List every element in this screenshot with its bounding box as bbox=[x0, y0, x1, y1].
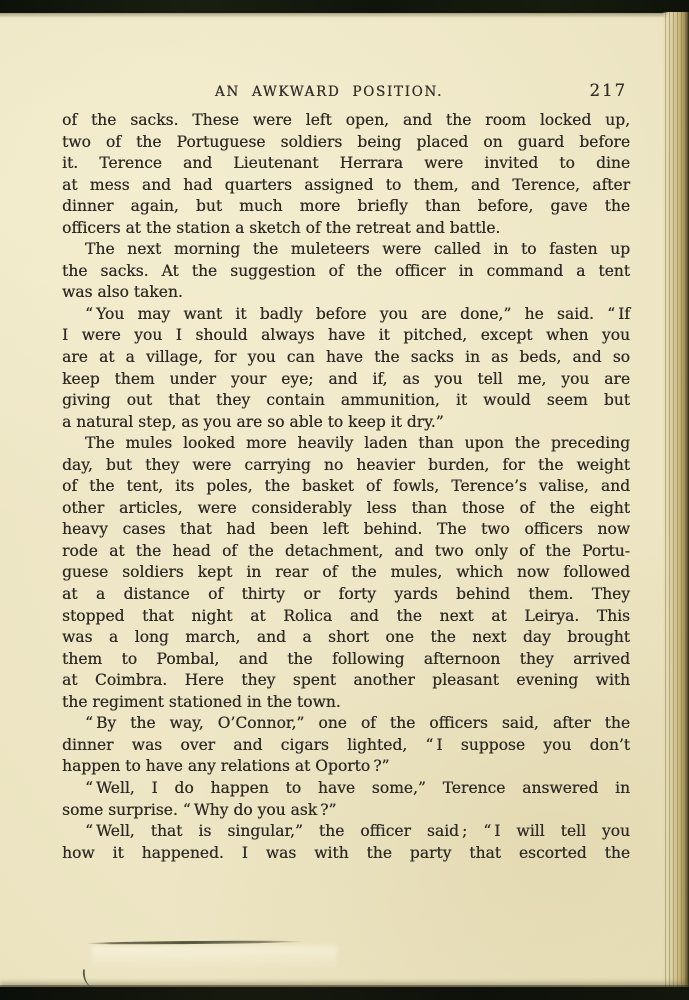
text-line: was also taken. bbox=[62, 282, 630, 304]
text-line: of the tent, its poles, the basket of fo… bbox=[62, 476, 630, 498]
text-line: The next morning the muleteers were call… bbox=[62, 239, 630, 261]
text-line: at mess and had quarters assigned to the… bbox=[62, 175, 630, 197]
text-line: officers at the station a sketch of the … bbox=[62, 218, 630, 240]
page-header-title: AN AWKWARD POSITION. bbox=[215, 84, 443, 100]
text-line: was a long march, and a short one the ne… bbox=[62, 627, 630, 649]
text-line: giving out that they contain ammunition,… bbox=[62, 390, 630, 412]
page-number: 217 bbox=[590, 81, 628, 100]
text-line: a natural step, as you are so able to ke… bbox=[62, 412, 630, 434]
text-line: heavy cases that had been left behind. T… bbox=[62, 519, 630, 541]
text-line: some surprise. “ Why do you ask ?” bbox=[62, 800, 630, 822]
page-scratch-mark bbox=[86, 940, 304, 945]
text-line: guese soldiers kept in rear of the mules… bbox=[62, 562, 630, 584]
text-line: two of the Portuguese soldiers being pla… bbox=[62, 132, 630, 154]
text-line: “ Well, that is singular,” the officer s… bbox=[62, 821, 630, 843]
page-edges-right bbox=[662, 12, 689, 988]
text-line: at a distance of thirty or forty yards b… bbox=[62, 584, 630, 606]
text-block: of the sacks. These were left open, and … bbox=[62, 110, 630, 864]
book-cover-top-edge bbox=[0, 0, 689, 13]
text-line: dinner was over and cigars lighted, “ I … bbox=[62, 735, 630, 757]
text-line: the sacks. At the suggestion of the offi… bbox=[62, 261, 630, 283]
text-line: The mules looked more heavily laden than… bbox=[62, 433, 630, 455]
text-line: them to Pombal, and the following aftern… bbox=[62, 649, 630, 671]
book-page-scan: AN AWKWARD POSITION. 217 of the sacks. T… bbox=[0, 0, 689, 1000]
text-line: of the sacks. These were left open, and … bbox=[62, 110, 630, 132]
text-line: the regiment stationed in the town. bbox=[62, 692, 630, 714]
text-line: stopped that night at Rolica and the nex… bbox=[62, 606, 630, 628]
text-line: “ You may want it badly before you are d… bbox=[62, 304, 630, 326]
text-line: it. Terence and Lieutenant Herrara were … bbox=[62, 153, 630, 175]
text-line: happen to have any relations at Oporto ?… bbox=[62, 756, 630, 778]
text-line: dinner again, but much more briefly than… bbox=[62, 196, 630, 218]
text-line: at Coimbra. Here they spent another plea… bbox=[62, 670, 630, 692]
text-line: I were you I should always have it pitch… bbox=[62, 325, 630, 347]
text-line: other articles, were considerably less t… bbox=[62, 498, 630, 520]
text-line: day, but they were carrying no heavier b… bbox=[62, 455, 630, 477]
text-line: keep them under your eye; and if, as you… bbox=[62, 369, 630, 391]
text-line: “ By the way, O’Connor,” one of the offi… bbox=[62, 713, 630, 735]
text-line: “ Well, I do happen to have some,” Teren… bbox=[62, 778, 630, 800]
page-curl-mark bbox=[81, 969, 97, 987]
book-cover-bottom-edge bbox=[0, 987, 689, 1000]
page-fold-highlight bbox=[92, 946, 337, 974]
text-line: how it happened. I was with the party th… bbox=[62, 843, 630, 865]
text-line: rode at the head of the detachment, and … bbox=[62, 541, 630, 563]
text-line: are at a village, for you can have the s… bbox=[62, 347, 630, 369]
running-header: AN AWKWARD POSITION. 217 bbox=[62, 83, 630, 103]
